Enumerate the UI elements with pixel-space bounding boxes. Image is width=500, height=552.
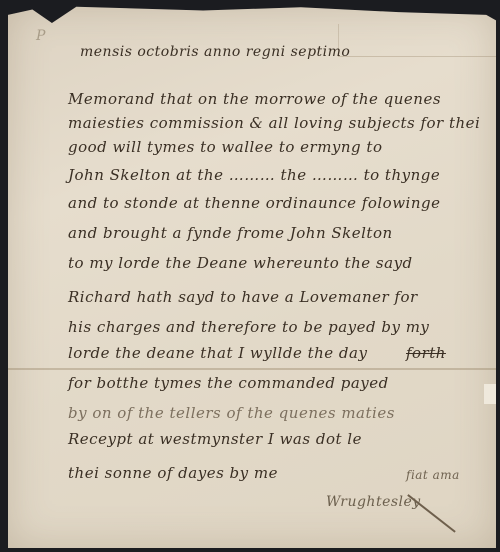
corner-mark: P <box>36 28 45 44</box>
fold-crease-top-right <box>338 56 498 57</box>
fold-crease-horizontal <box>8 368 496 370</box>
struck-word: forth <box>406 344 446 362</box>
manuscript-page: P mensis octobris anno regni septimo Mem… <box>8 4 496 548</box>
text-line: lorde the deane that I wyllde the day <box>68 344 367 362</box>
signature: Wrughtesley <box>326 494 421 510</box>
text-line: Memorand that on the morrowe of the quen… <box>68 90 441 108</box>
paper-tear-patch <box>484 384 496 404</box>
text-line: maiesties commission & all loving subjec… <box>68 114 480 132</box>
text-line: and brought a fynde frome John Skelton <box>68 224 393 242</box>
pen-flourish <box>408 494 456 532</box>
text-line: Richard hath sayd to have a Lovemaner fo… <box>68 288 418 306</box>
margin-note: fiat ama <box>406 468 460 482</box>
text-line: good will tymes to wallee to ermyng to <box>68 138 383 156</box>
text-line: and to stonde at thenne ordinaunce folow… <box>68 194 441 212</box>
text-line: for botthe tymes the commanded payed <box>68 374 389 392</box>
text-line: Receypt at westmynster I was dot le <box>68 430 362 448</box>
heading-line: mensis octobris anno regni septimo <box>80 44 350 60</box>
text-line: thei sonne of dayes by me <box>68 464 278 482</box>
text-line: by on of the tellers of the quenes matie… <box>68 404 395 422</box>
text-line: to my lorde the Deane whereunto the sayd <box>68 254 413 272</box>
text-line: his charges and therefore to be payed by… <box>68 318 429 336</box>
text-line: John Skelton at the ……… the ……… to thyng… <box>68 166 440 184</box>
